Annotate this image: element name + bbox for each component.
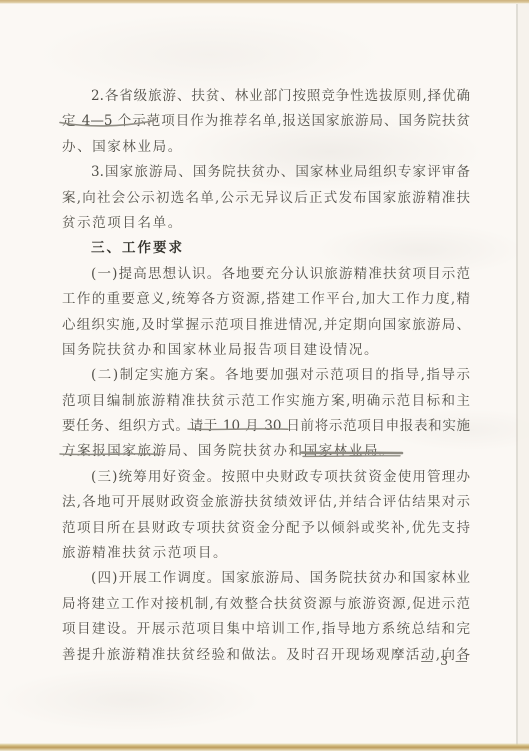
hand-underlined-text: 定 4—5 个示范项目作为推荐名单, — [62, 113, 282, 129]
text-line: 案,向社会公示初选名单,公示无异议后正式发布国家旅游精准扶 — [62, 186, 470, 211]
text-column: 2.各省级旅游、扶贫、林业部门按照竞争性选拔原则,择优确定 4—5 个示范项目作… — [62, 84, 470, 668]
hand-underline-stroke — [188, 423, 288, 435]
scan-edge-bottom — [0, 743, 529, 751]
page-number: — 3 — — [421, 653, 469, 668]
hand-underline-stroke — [302, 448, 402, 460]
hand-underlined-text: 请于 10 月 30 日前将示范项目申报表和实施 — [190, 418, 470, 434]
text-line: 定 4—5 个示范项目作为推荐名单,报送国家旅游局、国务院扶贫 — [62, 109, 470, 134]
text-run: 办、国家林业局。 — [62, 139, 183, 155]
text-run: 局将建立工作对接机制,有效整合扶贫资源与旅游资源,促进示范 — [62, 596, 470, 612]
text-line: (一)提高思想认识。各地要充分认识旅游精准扶贫项目示范 — [62, 262, 470, 287]
text-line: (三)统筹用好资金。按照中央财政专项扶贫资金使用管理办 — [62, 465, 470, 490]
text-line: (四)开展工作调度。国家旅游局、国务院扶贫办和国家林业 — [62, 566, 470, 591]
text-line: 贫示范项目名单。 — [62, 211, 470, 236]
text-line: 工作的重要意义,统筹各方资源,搭建工作平台,加大工作力度,精 — [62, 287, 470, 312]
text-run: 2.各省级旅游、扶贫、林业部门按照竞争性选拔原则,择优确 — [91, 88, 470, 104]
text-line: 法,各地可开展财政资金旅游扶贫绩效评估,并结合评估结果对示 — [62, 490, 470, 515]
text-line: 范项目所在县财政专项扶贫资金分配予以倾斜或奖补,优先支持 — [62, 516, 470, 541]
text-line: (二)制定实施方案。各地要加强对示范项目的指导,指导示 — [62, 363, 470, 388]
document-page: 2.各省级旅游、扶贫、林业部门按照竞争性选拔原则,择优确定 4—5 个示范项目作… — [0, 0, 529, 751]
text-line: 2.各省级旅游、扶贫、林业部门按照竞争性选拔原则,择优确 — [62, 84, 470, 109]
text-run: 报送国家旅游局、国务院扶贫 — [282, 113, 470, 129]
text-line: 要任务、组织方式。请于 10 月 30 日前将示范项目申报表和实施 — [62, 414, 470, 439]
text-run: 三、工作要求 — [91, 240, 184, 256]
text-run: 国务院扶贫办和国家林业局报告项目建设情况。 — [62, 342, 379, 358]
text-run: (一)提高思想认识。各地要充分认识旅游精准扶贫项目示范 — [91, 266, 470, 282]
text-run: 贫示范项目名单。 — [62, 215, 183, 231]
hand-underline-stroke — [60, 448, 160, 460]
text-run: 3.国家旅游局、国务院扶贫办、国家林业局组织专家评审备 — [91, 164, 470, 180]
text-run: 项目建设。开展示范项目集中培训工作,指导地方系统总结和完 — [62, 621, 470, 637]
text-run: 要任务、组织方式。 — [62, 418, 190, 434]
scan-edge-top — [0, 0, 529, 4]
text-run: 心组织实施,及时掌握示范项目推进情况,并定期向国家旅游局、 — [62, 317, 470, 333]
text-run: 案,向社会公示初选名单,公示无异议后正式发布国家旅游精准扶 — [62, 190, 470, 206]
text-line: 方案报国家旅游局、国务院扶贫办和国家林业局。 — [62, 439, 470, 464]
scan-page-edge-line — [516, 4, 518, 745]
hand-underlined-text: 国家林业局。 — [304, 443, 395, 459]
text-run: (三)统筹用好资金。按照中央财政专项扶贫资金使用管理办 — [91, 469, 470, 485]
text-line: 办、国家林业局。 — [62, 135, 470, 160]
text-run: 旅游精准扶贫示范项目。 — [62, 545, 228, 561]
scan-page-right-margin — [518, 4, 529, 745]
text-run: 法,各地可开展财政资金旅游扶贫绩效评估,并结合评估结果对示 — [62, 494, 470, 510]
text-run: 范项目所在县财政专项扶贫资金分配予以倾斜或奖补,优先支持 — [62, 520, 470, 536]
text-line: 旅游精准扶贫示范项目。 — [62, 541, 470, 566]
text-run: 善提升旅游精准扶贫经验和做法。及时召开现场观摩活动,向各 — [62, 647, 470, 663]
text-run: 工作的重要意义,统筹各方资源,搭建工作平台,加大工作力度,精 — [62, 291, 470, 307]
text-run: (二)制定实施方案。各地要加强对示范项目的指导,指导示 — [91, 367, 470, 383]
text-run: (四)开展工作调度。国家旅游局、国务院扶贫办和国家林业 — [91, 570, 470, 586]
text-line: 国务院扶贫办和国家林业局报告项目建设情况。 — [62, 338, 470, 363]
text-line: 心组织实施,及时掌握示范项目推进情况,并定期向国家旅游局、 — [62, 313, 470, 338]
hand-underlined-text: 方案报国家旅游局、国务院扶贫办和 — [62, 443, 304, 459]
text-run: 范项目编制旅游精准扶贫示范工作实施方案,明确示范目标和主 — [62, 393, 470, 409]
text-line: 局将建立工作对接机制,有效整合扶贫资源与旅游资源,促进示范 — [62, 592, 470, 617]
text-line: 范项目编制旅游精准扶贫示范工作实施方案,明确示范目标和主 — [62, 389, 470, 414]
text-line: 善提升旅游精准扶贫经验和做法。及时召开现场观摩活动,向各 — [62, 643, 470, 668]
hand-underline-stroke — [60, 118, 160, 130]
text-line: 3.国家旅游局、国务院扶贫办、国家林业局组织专家评审备 — [62, 160, 470, 185]
section-heading: 三、工作要求 — [62, 236, 470, 261]
text-line: 项目建设。开展示范项目集中培训工作,指导地方系统总结和完 — [62, 617, 470, 642]
